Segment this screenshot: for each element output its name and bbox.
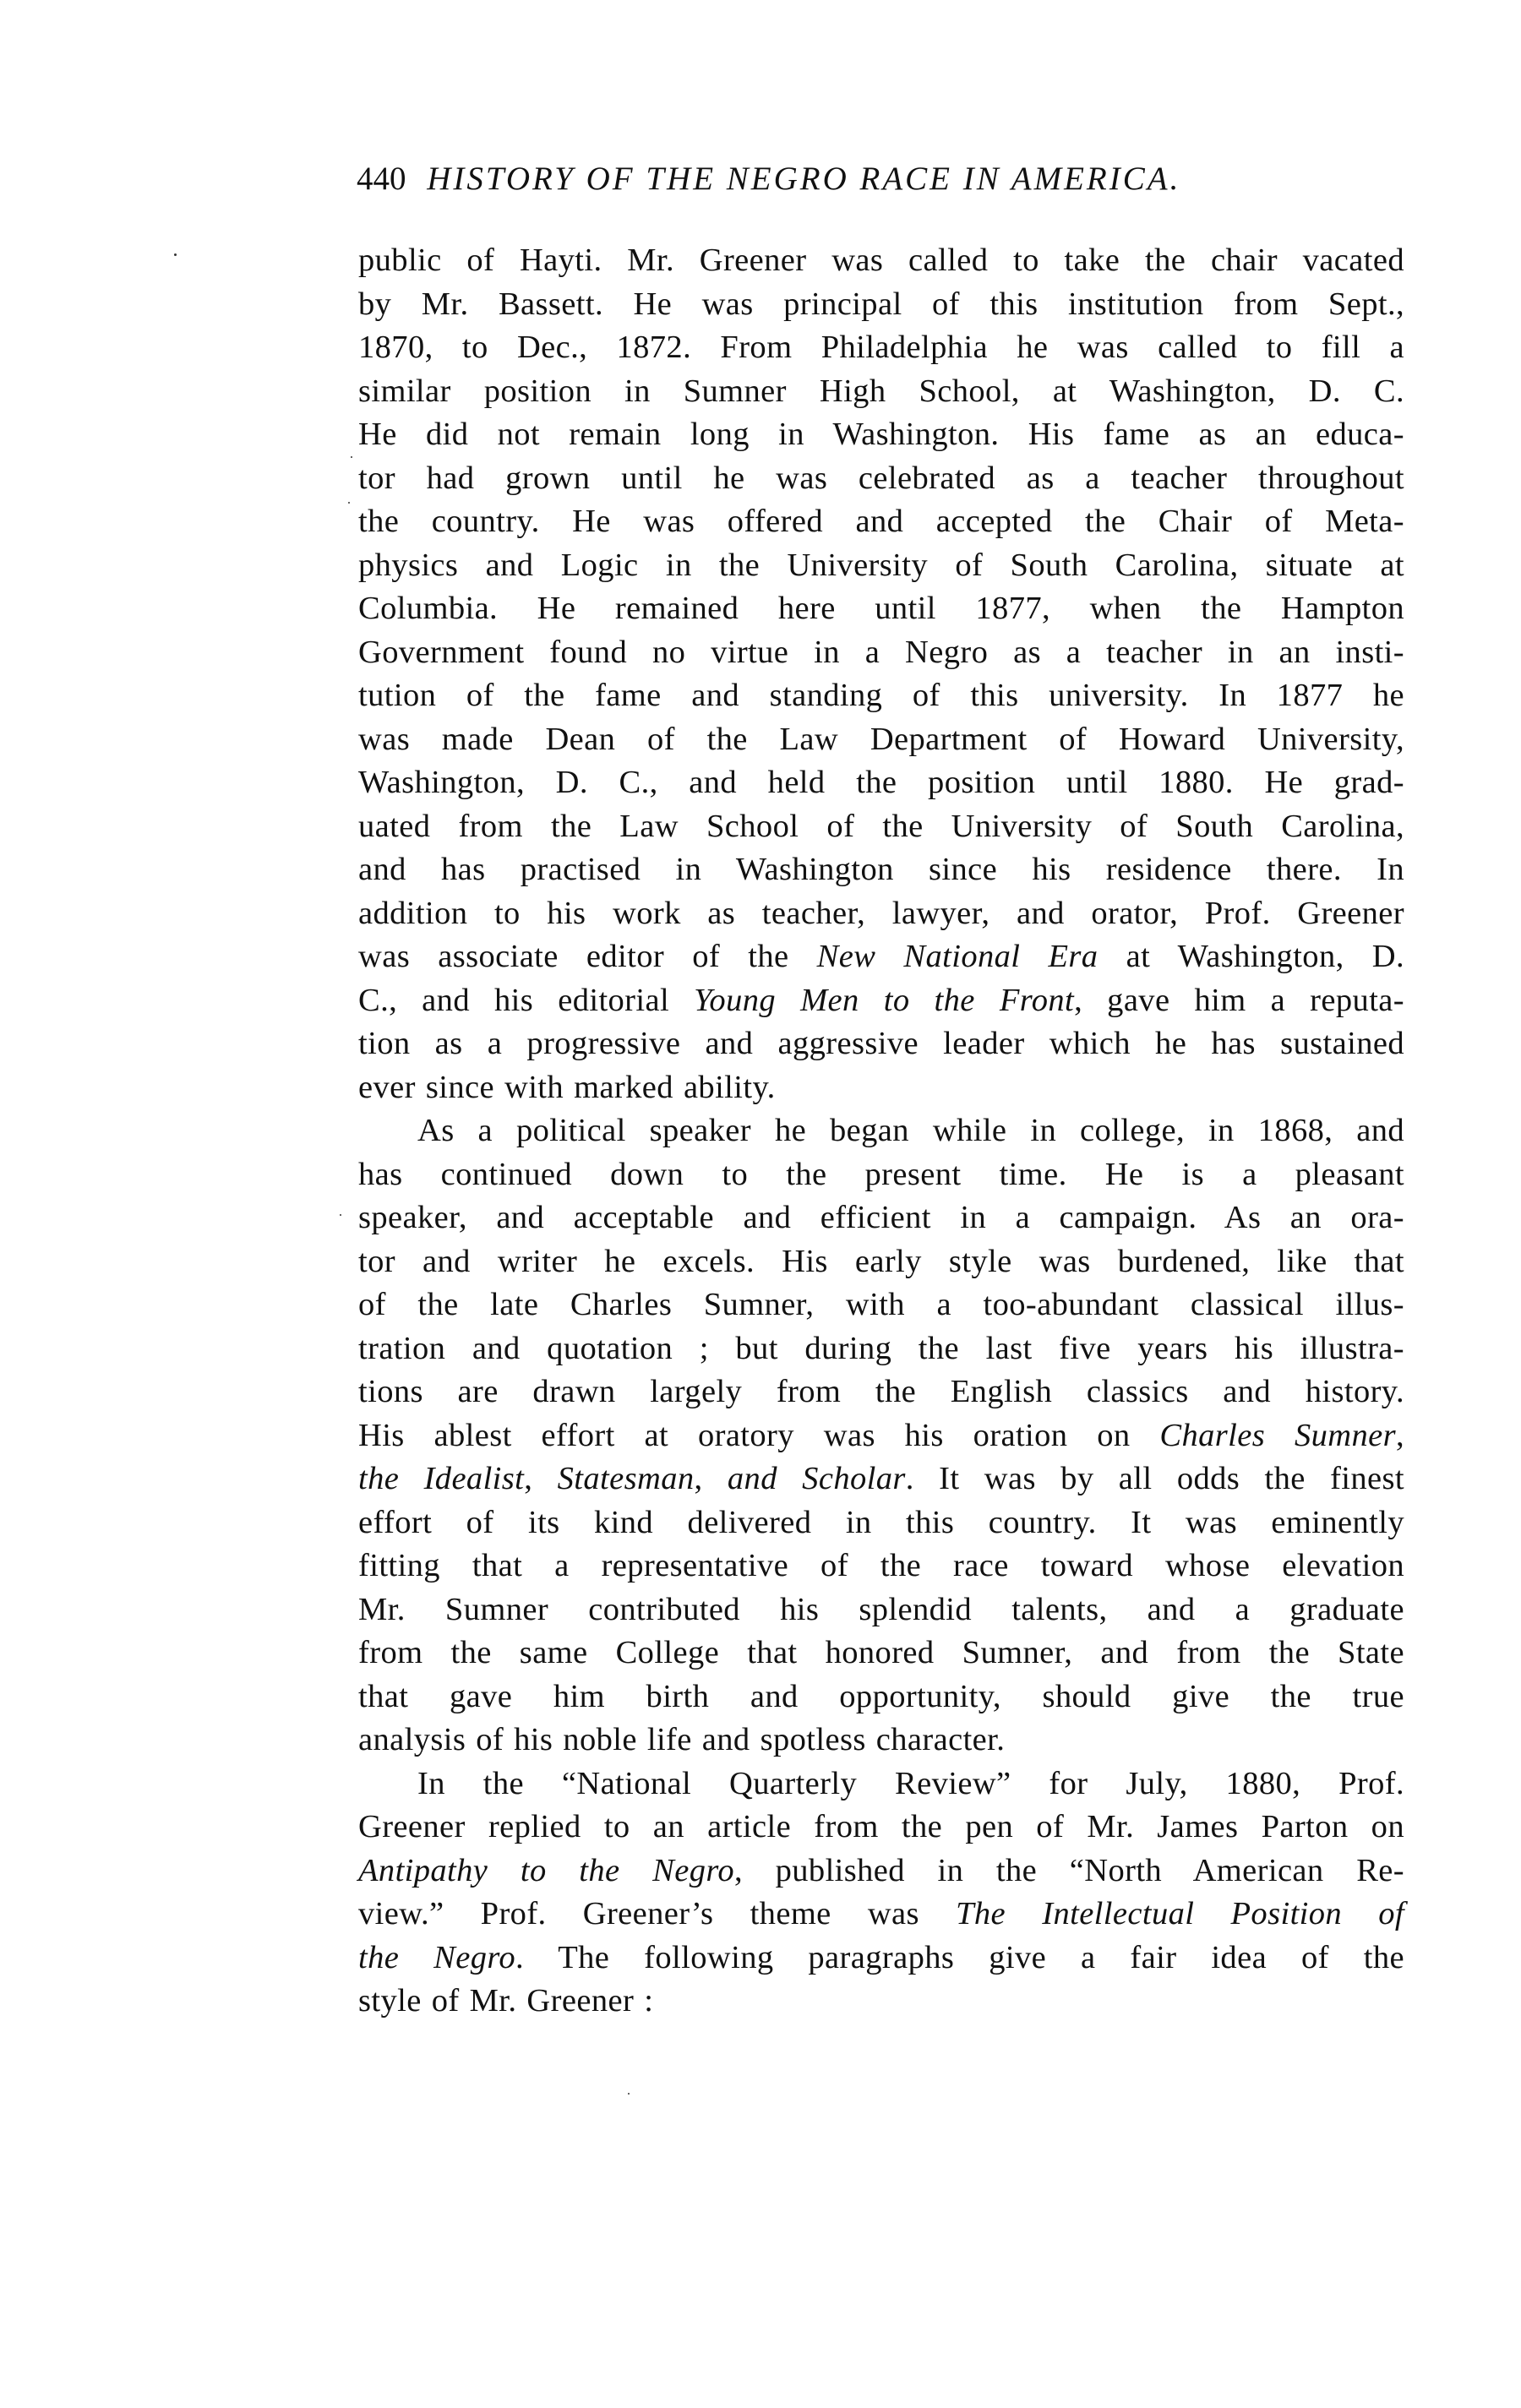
text-line: tration and quotation ; but during the l…	[358, 1327, 1404, 1371]
text-segment: Government found no virtue in a Negro as…	[358, 635, 1404, 670]
running-head: 440 HISTORY OF THE NEGRO RACE IN AMERICA…	[357, 157, 1337, 201]
running-title: HISTORY OF THE NEGRO RACE IN AMERICA.	[427, 161, 1180, 197]
text-segment: similar position in Sumner High School, …	[358, 373, 1404, 409]
text-line: Greener replied to an article from the p…	[358, 1806, 1404, 1850]
text-segment: Mr. Sumner contributed his splendid tale…	[358, 1592, 1404, 1627]
text-line: Columbia. He remained here until 1877, w…	[358, 587, 1404, 631]
text-segment: tration and quotation ; but during the l…	[358, 1331, 1404, 1366]
text-line: tor and writer he excels. His early styl…	[358, 1240, 1404, 1284]
text-line: style of Mr. Greener :	[358, 1980, 1404, 2024]
text-segment: of the late Charles Sumner, with a too-a…	[358, 1287, 1404, 1322]
text-line: by Mr. Bassett. He was principal of this…	[358, 283, 1404, 327]
page-number: 440	[357, 161, 406, 197]
text-line: Mr. Sumner contributed his splendid tale…	[358, 1588, 1404, 1632]
text-segment: that gave him birth and opportunity, sho…	[358, 1679, 1404, 1714]
text-line: view.” Prof. Greener’s theme was The Int…	[358, 1893, 1404, 1937]
text-segment: tor and writer he excels. His early styl…	[358, 1244, 1404, 1279]
text-segment: style of Mr. Greener :	[358, 1983, 653, 2018]
text-segment: the country. He was offered and accepted…	[358, 504, 1404, 539]
text-segment: analysis of his noble life and spotless …	[358, 1722, 1005, 1757]
text-line: and has practised in Washington since hi…	[358, 848, 1404, 892]
text-segment: view.” Prof. Greener’s theme was	[358, 1896, 956, 1931]
text-segment: speaker, and acceptable and efficient in…	[358, 1200, 1404, 1235]
text-segment: effort of its kind delivered in this cou…	[358, 1505, 1404, 1540]
text-segment: at Washington, D.	[1098, 939, 1404, 974]
text-line: public of Hayti. Mr. Greener was called …	[358, 239, 1404, 283]
text-line: physics and Logic in the University of S…	[358, 544, 1404, 588]
text-segment: addition to his work as teacher, lawyer,…	[358, 896, 1404, 931]
scan-speck	[351, 456, 352, 458]
italic-title-text: Antipathy to the Negro	[358, 1853, 734, 1888]
text-segment: He did not remain long in Washington. Hi…	[358, 417, 1404, 452]
text-line: Antipathy to the Negro, published in the…	[358, 1850, 1404, 1893]
text-line: the country. He was offered and accepted…	[358, 500, 1404, 544]
text-segment: . The following paragraphs give a fair i…	[515, 1940, 1404, 1975]
text-line: was made Dean of the Law Department of H…	[358, 718, 1404, 762]
text-line: fitting that a representative of the rac…	[358, 1544, 1404, 1588]
text-segment: His ablest effort at oratory was his ora…	[358, 1418, 1159, 1453]
text-line: speaker, and acceptable and efficient in…	[358, 1196, 1404, 1240]
text-segment: tion as a progressive and aggressive lea…	[358, 1026, 1404, 1061]
text-line: has continued down to the present time. …	[358, 1153, 1404, 1197]
scan-speck	[174, 253, 177, 256]
text-segment: tution of the fame and standing of this …	[358, 678, 1404, 713]
text-line: was associate editor of the New National…	[358, 935, 1404, 979]
text-segment: , gave him a reputa-	[1074, 983, 1404, 1018]
text-line: from the same College that honored Sumne…	[358, 1632, 1404, 1675]
scan-speck	[628, 2093, 630, 2095]
scan-speck	[348, 502, 350, 504]
text-line: In the “National Quarterly Review” for J…	[358, 1762, 1404, 1806]
text-line: Washington, D. C., and held the position…	[358, 761, 1404, 805]
text-segment: Columbia. He remained here until 1877, w…	[358, 591, 1404, 626]
italic-title-text: the Idealist	[358, 1461, 524, 1496]
text-segment: was made Dean of the Law Department of H…	[358, 722, 1404, 757]
text-line: of the late Charles Sumner, with a too-a…	[358, 1283, 1404, 1327]
text-segment: public of Hayti. Mr. Greener was called …	[358, 242, 1404, 278]
text-segment: , published in the “North American Re-	[734, 1853, 1404, 1888]
text-segment: ,	[1396, 1418, 1404, 1453]
italic-title-text: and Scholar	[728, 1461, 906, 1496]
italic-title-text: Young Men to the Front	[694, 983, 1074, 1018]
text-line: tution of the fame and standing of this …	[358, 674, 1404, 718]
text-segment: Washington, D. C., and held the position…	[358, 765, 1404, 800]
italic-title-text: Statesman	[558, 1461, 695, 1496]
text-line: He did not remain long in Washington. Hi…	[358, 413, 1404, 457]
italic-title-text: The Intellectual Position of	[956, 1896, 1404, 1931]
text-segment: was associate editor of the	[358, 939, 817, 974]
text-segment: ever since with marked ability.	[358, 1070, 776, 1105]
text-segment: . It was by all odds the finest	[906, 1461, 1404, 1496]
text-segment: uated from the Law School of the Univers…	[358, 809, 1404, 844]
text-line: Government found no virtue in a Negro as…	[358, 631, 1404, 675]
text-line: His ablest effort at oratory was his ora…	[358, 1414, 1404, 1458]
text-line: the Negro. The following paragraphs give…	[358, 1937, 1404, 1980]
text-line: C., and his editorial Young Men to the F…	[358, 979, 1404, 1023]
text-line: similar position in Sumner High School, …	[358, 370, 1404, 414]
text-segment: physics and Logic in the University of S…	[358, 548, 1404, 583]
text-line: tions are drawn largely from the English…	[358, 1370, 1404, 1414]
text-segment: tor had grown until he was celebrated as…	[358, 460, 1404, 496]
text-line: tion as a progressive and aggressive lea…	[358, 1022, 1404, 1066]
text-segment: tions are drawn largely from the English…	[358, 1374, 1404, 1409]
text-segment: 1870, to Dec., 1872. From Philadelphia h…	[358, 330, 1404, 365]
text-line: that gave him birth and opportunity, sho…	[358, 1675, 1404, 1719]
text-line: addition to his work as teacher, lawyer,…	[358, 892, 1404, 936]
italic-title-text: New National Era	[817, 939, 1098, 974]
text-segment: ,	[695, 1461, 728, 1496]
text-segment: and has practised in Washington since hi…	[358, 852, 1404, 887]
text-segment: In the “National Quarterly Review” for J…	[417, 1766, 1404, 1801]
text-line: As a political speaker he began while in…	[358, 1109, 1404, 1153]
scan-speck	[340, 1214, 341, 1216]
text-segment: has continued down to the present time. …	[358, 1157, 1404, 1192]
text-segment: C., and his editorial	[358, 983, 694, 1018]
text-segment: by Mr. Bassett. He was principal of this…	[358, 286, 1404, 322]
text-segment: ,	[524, 1461, 557, 1496]
text-segment: from the same College that honored Sumne…	[358, 1635, 1404, 1670]
text-line: ever since with marked ability.	[358, 1066, 1404, 1110]
italic-title-text: Charles Sumner	[1159, 1418, 1396, 1453]
text-segment: Greener replied to an article from the p…	[358, 1809, 1404, 1844]
text-segment: As a political speaker he began while in…	[417, 1113, 1404, 1148]
text-line: analysis of his noble life and spotless …	[358, 1719, 1404, 1762]
text-line: the Idealist, Statesman, and Scholar. It…	[358, 1457, 1404, 1501]
text-line: uated from the Law School of the Univers…	[358, 805, 1404, 849]
book-page: 440 HISTORY OF THE NEGRO RACE IN AMERICA…	[0, 0, 1521, 2408]
text-line: 1870, to Dec., 1872. From Philadelphia h…	[358, 326, 1404, 370]
text-segment: fitting that a representative of the rac…	[358, 1548, 1404, 1583]
text-line: tor had grown until he was celebrated as…	[358, 457, 1404, 501]
body-text: public of Hayti. Mr. Greener was called …	[358, 239, 1404, 2024]
text-line: effort of its kind delivered in this cou…	[358, 1501, 1404, 1545]
italic-title-text: the Negro	[358, 1940, 515, 1975]
